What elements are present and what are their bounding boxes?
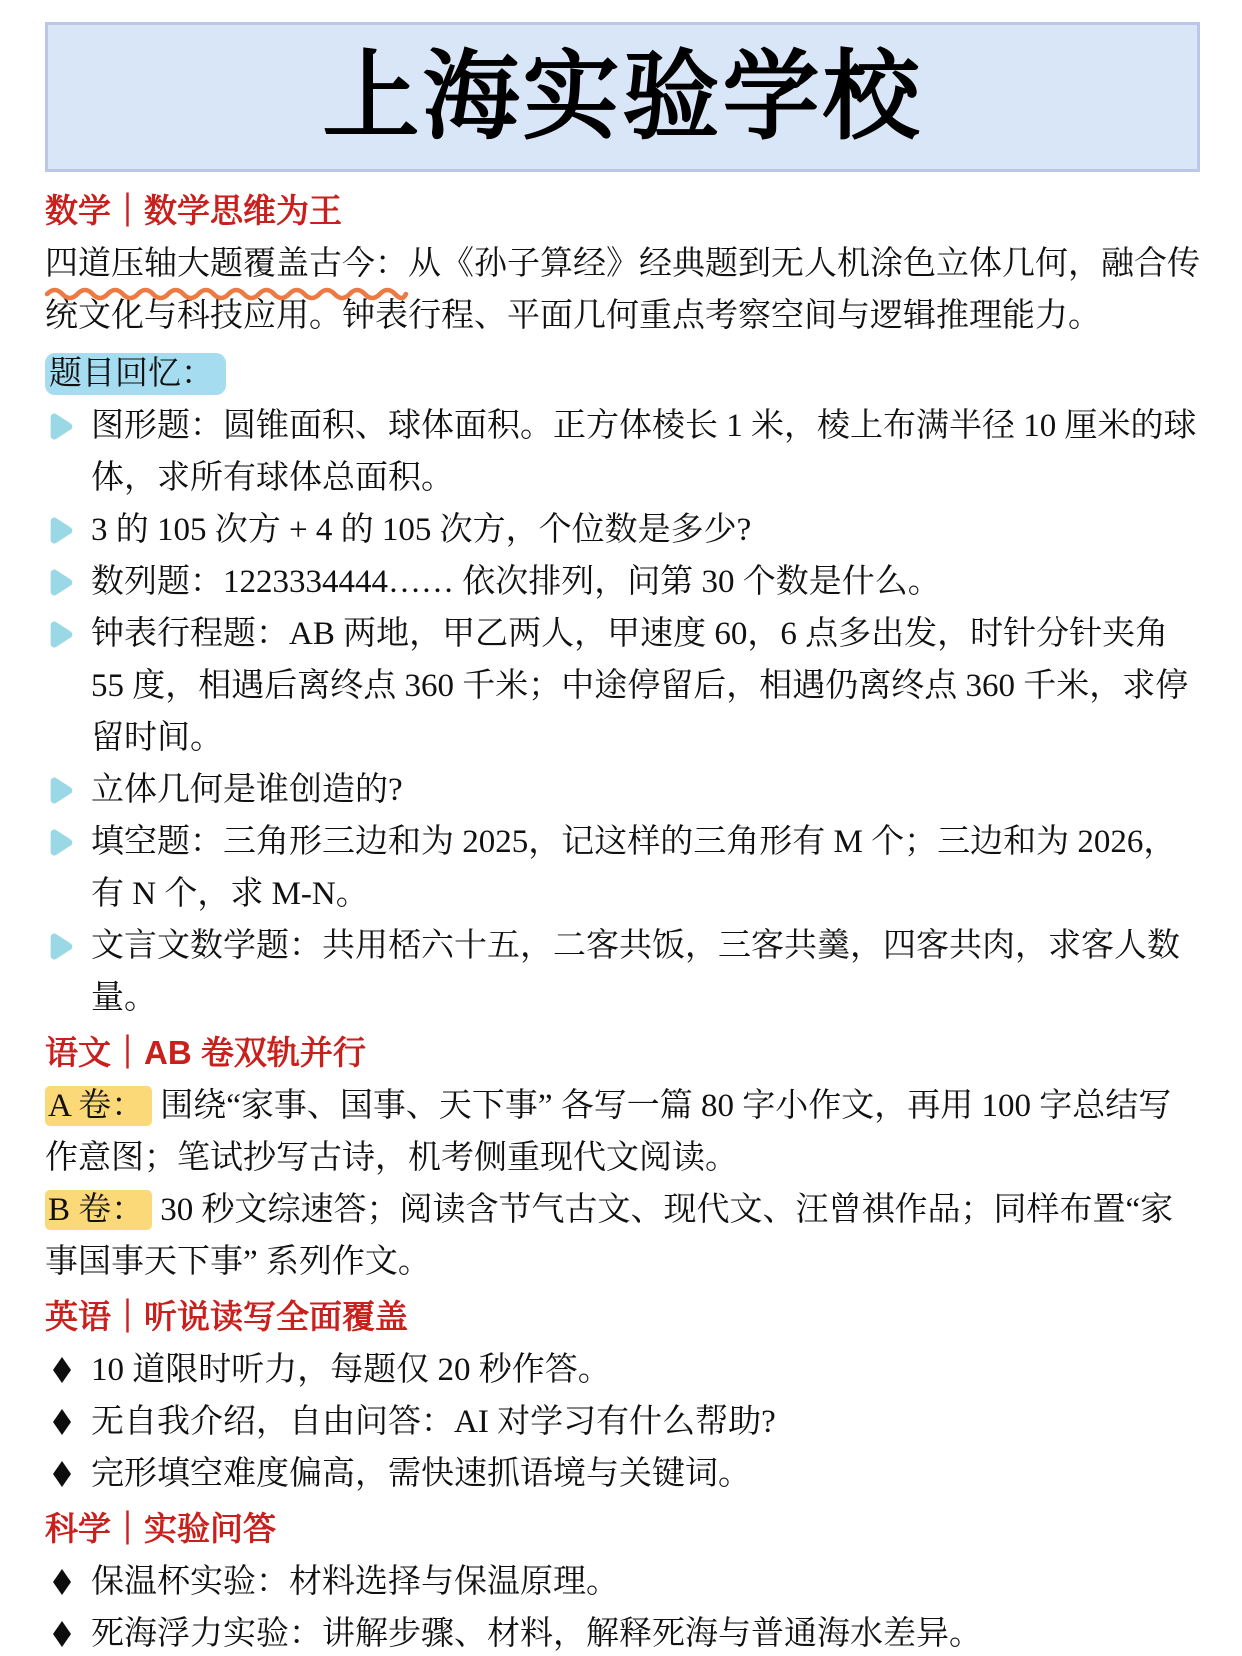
math-question-list: 图形题：圆锥面积、球体面积。正方体棱长 1 米，棱上布满半径 10 厘米的球体，… [45, 400, 1200, 1024]
list-item: 完形填空难度偏高，需快速抓语境与关键词。 [45, 1448, 1200, 1500]
list-item-text: 10 道限时听力，每题仅 20 秒作答。 [91, 1344, 1200, 1396]
triangle-bullet-icon [49, 932, 74, 961]
list-item-text: 保温杯实验：材料选择与保温原理。 [91, 1556, 1200, 1608]
list-item: 保温杯实验：材料选择与保温原理。 [45, 1556, 1200, 1608]
science-list: 保温杯实验：材料选择与保温原理。 死海浮力实验：讲解步骤、材料，解释死海与普通海… [45, 1556, 1200, 1656]
title-banner: 上海实验学校 [45, 22, 1200, 172]
list-item-text: 文言文数学题：共用桮六十五，二客共饭，三客共羹，四客共肉，求客人数量。 [91, 920, 1200, 1024]
triangle-bullet-icon [49, 568, 74, 597]
a-paper-label: A 卷： [45, 1086, 152, 1126]
list-item-text: 立体几何是谁创造的? [91, 764, 1200, 816]
list-item-text: 钟表行程题：AB 两地，甲乙两人，甲速度 60，6 点多出发，时针分针夹角 55… [91, 608, 1200, 764]
document-page: 上海实验学校 数学｜数学思维为王 四道压轴大题覆盖古今：从《孙子算经》经典题到无… [0, 0, 1242, 1656]
section-heading-math: 数学｜数学思维为王 [45, 186, 1200, 236]
list-item: 10 道限时听力，每题仅 20 秒作答。 [45, 1344, 1200, 1396]
triangle-bullet-icon [49, 620, 74, 649]
triangle-bullet-icon [49, 516, 74, 545]
triangle-bullet-icon [49, 776, 74, 805]
diamond-bullet-icon [53, 1461, 71, 1487]
english-list: 10 道限时听力，每题仅 20 秒作答。 无自我介绍，自由问答：AI 对学习有什… [45, 1344, 1200, 1500]
list-item-text: 数列题：1223334444…… 依次排列，问第 30 个数是什么。 [91, 556, 1200, 608]
b-paper-label: B 卷： [45, 1190, 152, 1230]
list-item: 钟表行程题：AB 两地，甲乙两人，甲速度 60，6 点多出发，时针分针夹角 55… [45, 608, 1200, 764]
diamond-bullet-icon [53, 1569, 71, 1595]
page-title: 上海实验学校 [323, 49, 923, 146]
list-item-text: 完形填空难度偏高，需快速抓语境与关键词。 [91, 1448, 1200, 1500]
list-item: 无自我介绍，自由问答：AI 对学习有什么帮助? [45, 1396, 1200, 1448]
recall-label: 题目回忆： [45, 353, 226, 395]
chinese-a-paragraph: A 卷：围绕“家事、国事、天下事” 各写一篇 80 字小作文，再用 100 字总… [45, 1080, 1200, 1184]
list-item-text: 图形题：圆锥面积、球体面积。正方体棱长 1 米，棱上布满半径 10 厘米的球体，… [91, 400, 1200, 504]
list-item: 3 的 105 次方 + 4 的 105 次方，个位数是多少? [45, 504, 1200, 556]
list-item-text: 死海浮力实验：讲解步骤、材料，解释死海与普通海水差异。 [91, 1608, 1200, 1656]
b-paper-text: 30 秒文综速答；阅读含节气古文、现代文、汪曾祺作品；同样布置“家事国事天下事”… [45, 1192, 1173, 1280]
list-item-text: 无自我介绍，自由问答：AI 对学习有什么帮助? [91, 1396, 1200, 1448]
diamond-bullet-icon [53, 1409, 71, 1435]
section-heading-chinese: 语文｜AB 卷双轨并行 [45, 1028, 1200, 1078]
recall-label-line: 题目回忆： [45, 348, 1200, 400]
math-intro-lead: 四道压轴大题覆盖古今： [45, 238, 408, 290]
diamond-bullet-icon [53, 1357, 71, 1383]
section-heading-science: 科学｜实验问答 [45, 1504, 1200, 1554]
a-paper-text: 围绕“家事、国事、天下事” 各写一篇 80 字小作文，再用 100 字总结写作意… [45, 1088, 1171, 1176]
chinese-b-paragraph: B 卷：30 秒文综速答；阅读含节气古文、现代文、汪曾祺作品；同样布置“家事国事… [45, 1184, 1200, 1288]
list-item-text: 3 的 105 次方 + 4 的 105 次方，个位数是多少? [91, 504, 1200, 556]
list-item-text: 填空题：三角形三边和为 2025，记这样的三角形有 M 个；三边和为 2026，… [91, 816, 1200, 920]
diamond-bullet-icon [53, 1621, 71, 1647]
list-item: 立体几何是谁创造的? [45, 764, 1200, 816]
list-item: 数列题：1223334444…… 依次排列，问第 30 个数是什么。 [45, 556, 1200, 608]
math-intro-paragraph: 四道压轴大题覆盖古今：从《孙子算经》经典题到无人机涂色立体几何，融合传统文化与科… [45, 238, 1200, 342]
list-item: 图形题：圆锥面积、球体面积。正方体棱长 1 米，棱上布满半径 10 厘米的球体，… [45, 400, 1200, 504]
list-item: 死海浮力实验：讲解步骤、材料，解释死海与普通海水差异。 [45, 1608, 1200, 1656]
wavy-underline [45, 284, 408, 298]
math-intro-lead-text: 四道压轴大题覆盖古今： [45, 246, 408, 282]
list-item: 文言文数学题：共用桮六十五，二客共饭，三客共羹，四客共肉，求客人数量。 [45, 920, 1200, 1024]
triangle-bullet-icon [49, 828, 74, 857]
triangle-bullet-icon [49, 412, 74, 441]
section-heading-english: 英语｜听说读写全面覆盖 [45, 1292, 1200, 1342]
list-item: 填空题：三角形三边和为 2025，记这样的三角形有 M 个；三边和为 2026，… [45, 816, 1200, 920]
